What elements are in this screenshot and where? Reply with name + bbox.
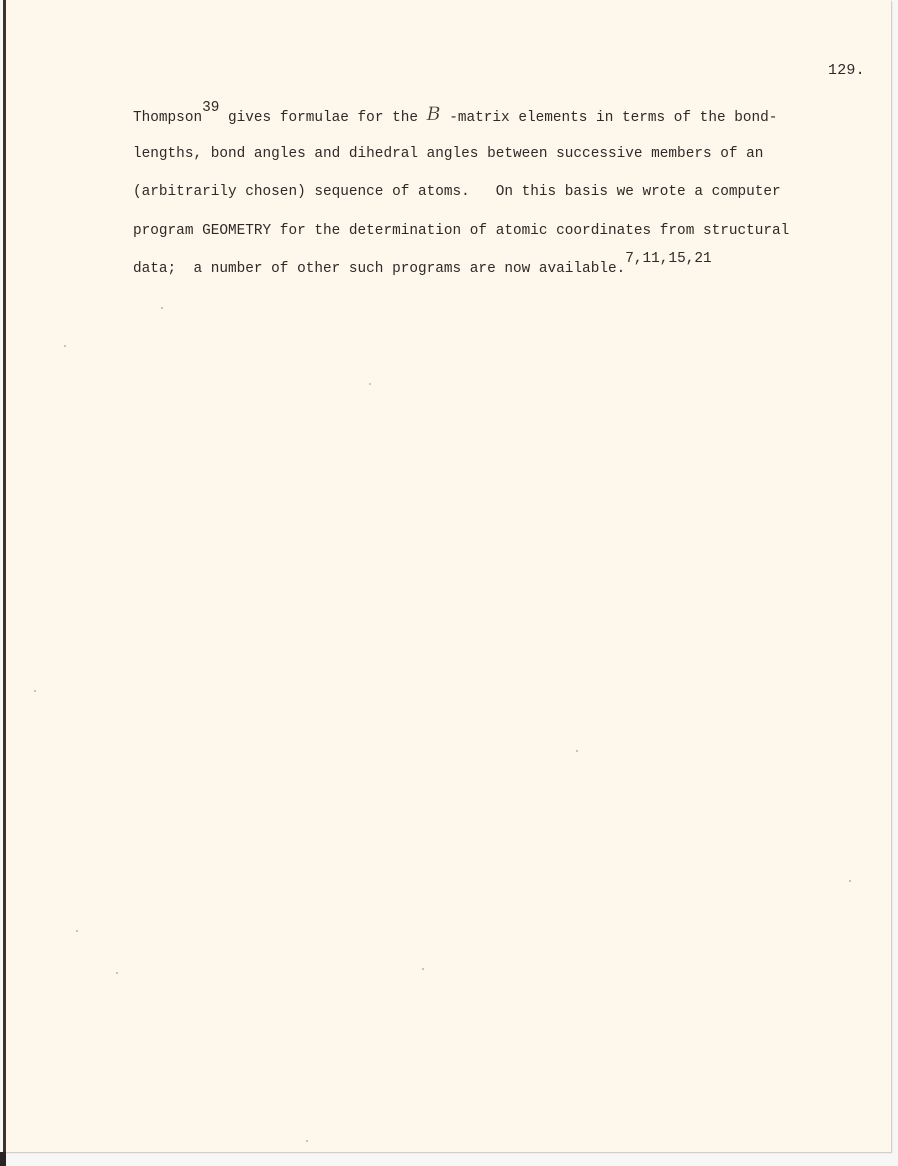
citation-superscript: 39 [202, 100, 219, 116]
text-line-3: (arbitrarily chosen) sequence of atoms. … [133, 173, 893, 212]
text-line-2: lengths, bond angles and dihedral angles… [133, 135, 893, 174]
document-page: 129. Thompson39 gives formulae for the B… [3, 0, 891, 1152]
scan-speck [116, 972, 118, 974]
scan-speck [306, 1140, 308, 1142]
scan-speck [369, 383, 371, 385]
scan-speck [422, 968, 424, 970]
author-name: Thompson [133, 110, 202, 126]
scan-speck [576, 750, 578, 752]
text-line-5: data; a number of other such programs ar… [133, 250, 893, 289]
handwritten-script-b-symbol: B [427, 95, 441, 134]
body-paragraph: Thompson39 gives formulae for the B -mat… [133, 96, 893, 289]
scan-speck [64, 345, 66, 347]
scan-speck [76, 930, 78, 932]
text-segment: data; a number of other such programs ar… [133, 261, 625, 277]
text-segment: -matrix elements in terms of the bond- [441, 110, 778, 126]
scan-speck [849, 880, 851, 882]
scan-edge [0, 1152, 6, 1166]
scan-speck [34, 690, 36, 692]
text-segment: gives formulae for the [219, 110, 426, 126]
page-number: 129. [828, 62, 865, 79]
citation-superscript: 7,11,15,21 [625, 251, 711, 267]
text-line-4: program GEOMETRY for the determination o… [133, 212, 893, 251]
text-line-1: Thompson39 gives formulae for the B -mat… [133, 96, 893, 135]
scan-speck [161, 307, 163, 309]
